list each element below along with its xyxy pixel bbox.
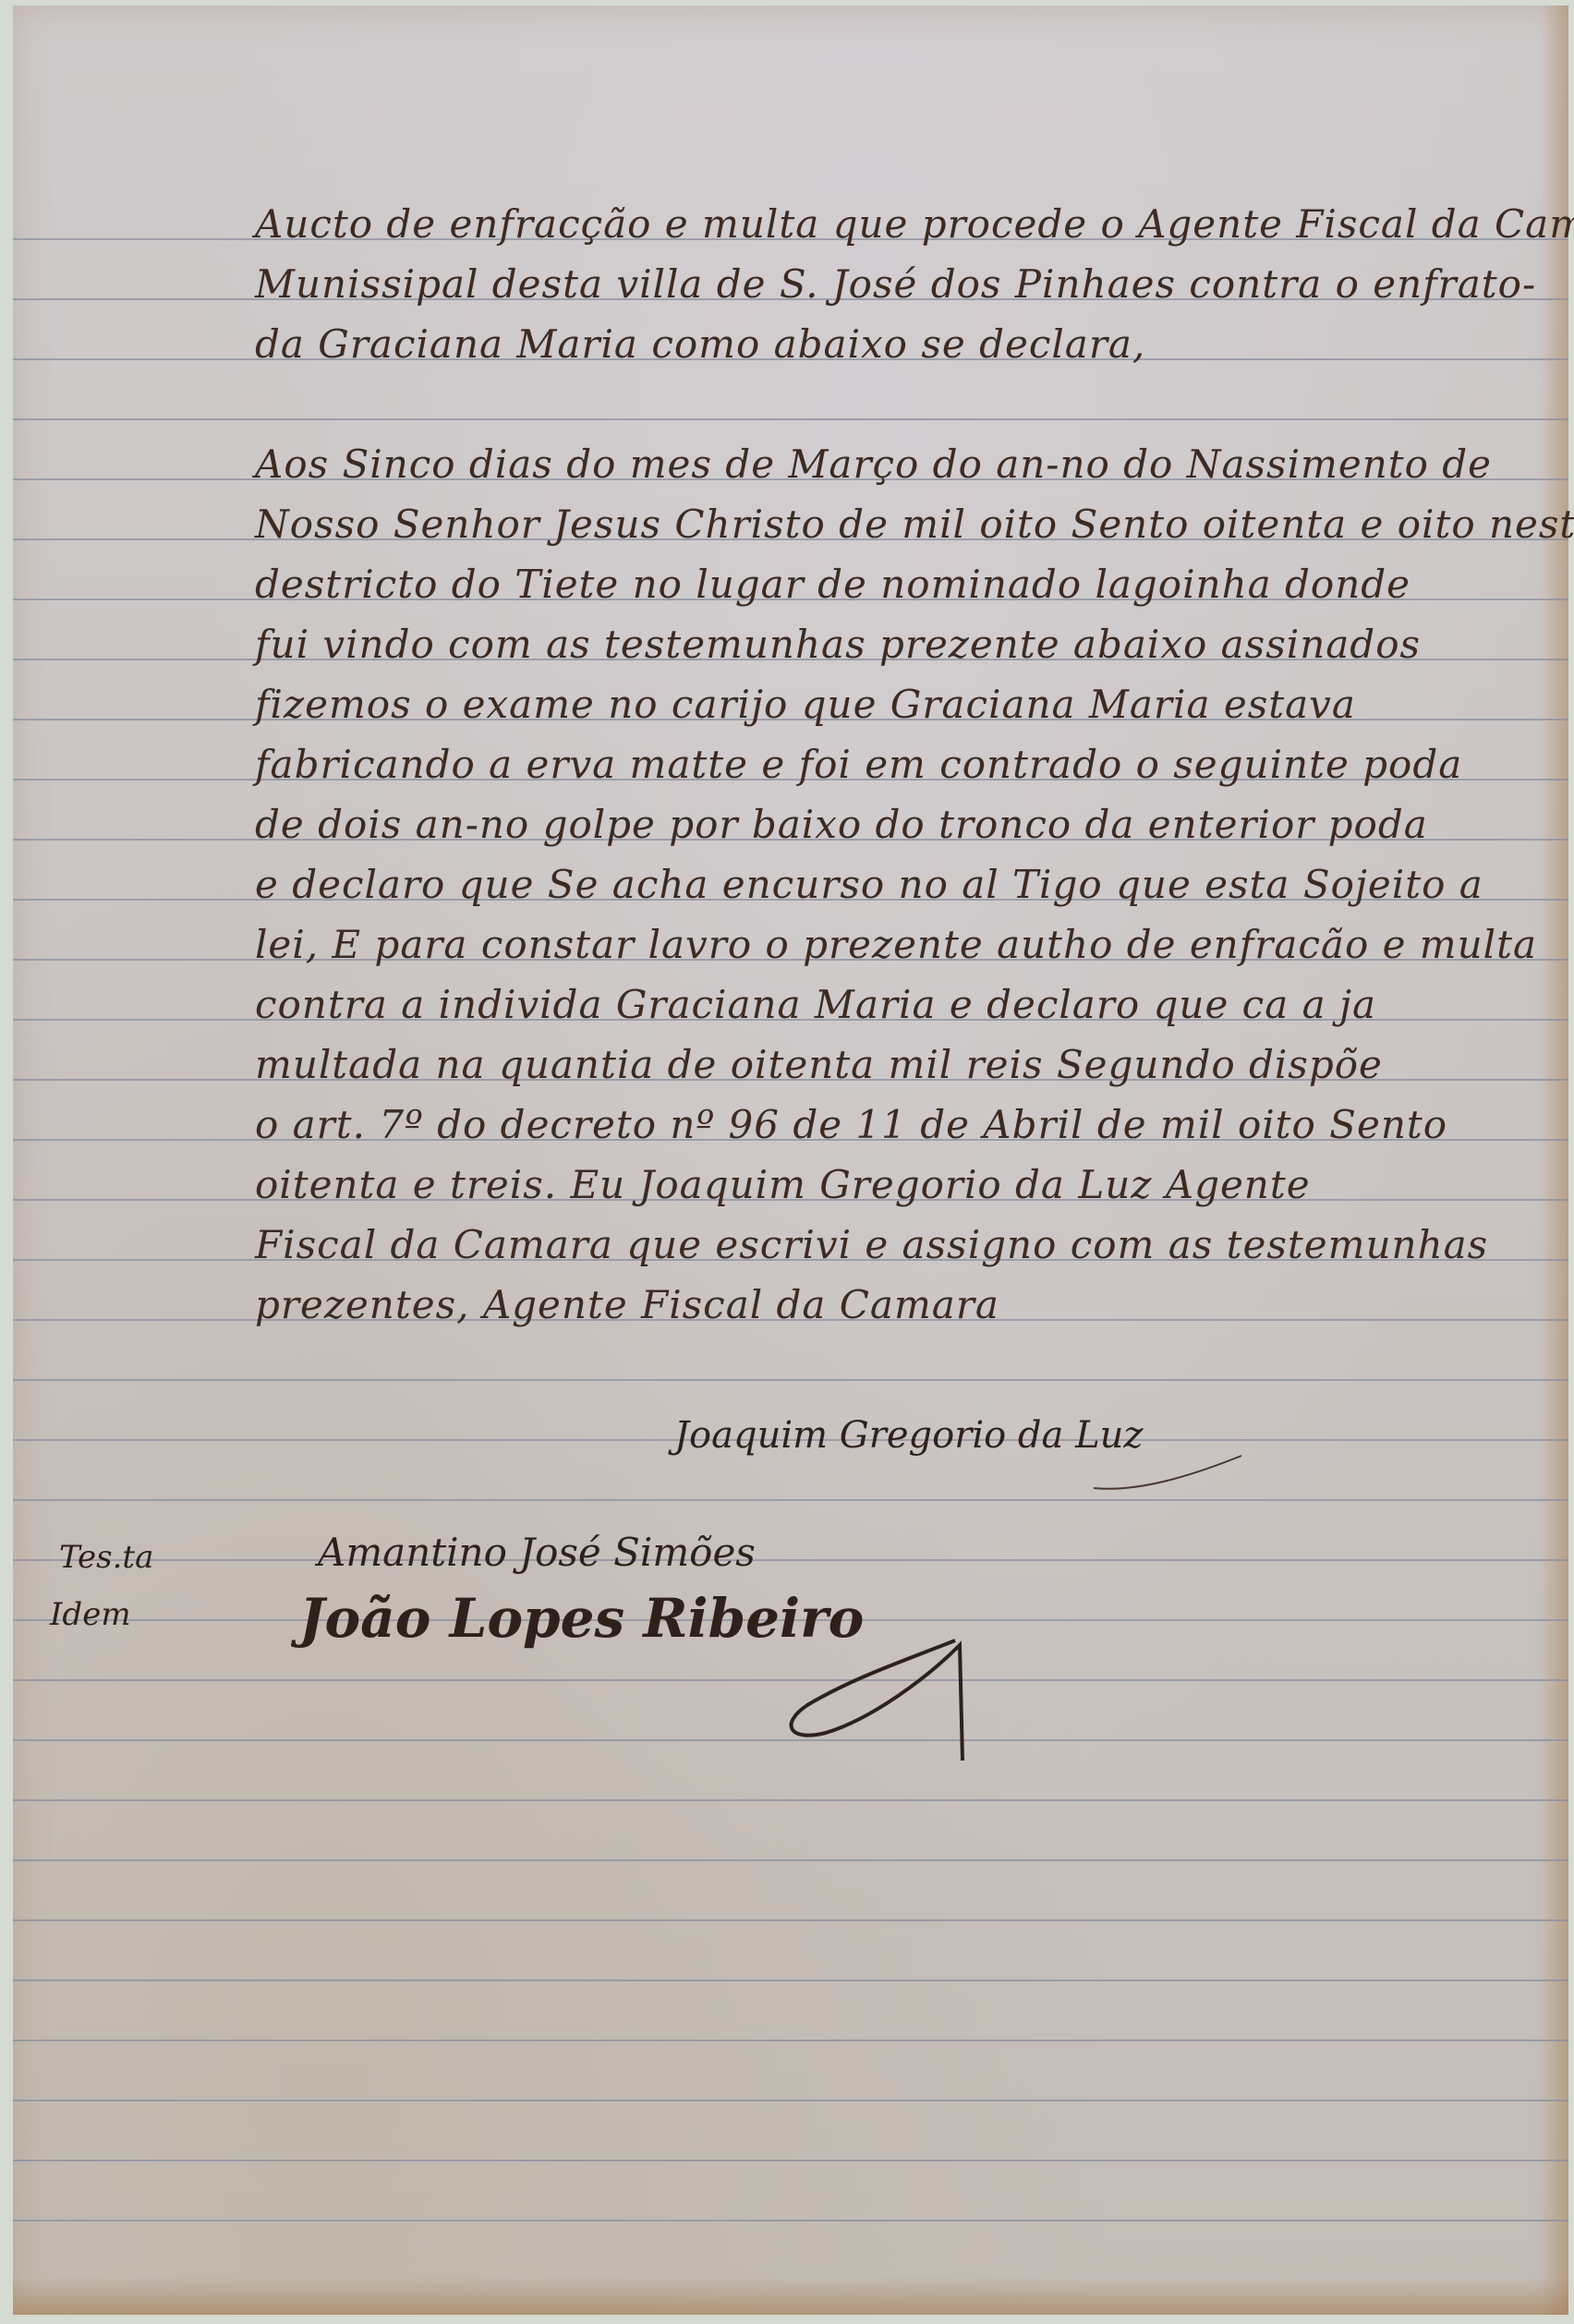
witness-label-idem: Idem bbox=[50, 1596, 131, 1633]
ruled-line bbox=[13, 1499, 1568, 1501]
paper-stain-right bbox=[1541, 6, 1568, 2315]
body-line-9: lei, E para constar lavro o prezente aut… bbox=[255, 922, 1537, 967]
body-line-10: contra a individa Graciana Maria e decla… bbox=[255, 982, 1376, 1027]
agent-signature-flourish bbox=[1084, 1446, 1251, 1502]
body-line-12: o art. 7º do decreto nº 96 de 11 de Abri… bbox=[255, 1102, 1447, 1147]
manuscript-page: Aucto de enfracção e multa que procede o… bbox=[13, 6, 1568, 2315]
body-line-8: e declaro que Se acha encurso no al Tigo… bbox=[255, 862, 1483, 907]
ruled-line bbox=[13, 1919, 1568, 1921]
body-line-7: de dois an-no golpe por baixo do tronco … bbox=[255, 802, 1428, 847]
witness-label-testemunhas: Tes.ta bbox=[59, 1539, 153, 1576]
ruled-line bbox=[13, 1799, 1568, 1801]
body-line-11: multada na quantia de oitenta mil reis S… bbox=[255, 1042, 1383, 1087]
witness-signature-1: Amantino José Simões bbox=[318, 1530, 756, 1575]
ruled-line bbox=[13, 418, 1568, 420]
ruled-line bbox=[13, 2160, 1568, 2161]
heading-line-2: Munissipal desta villa de S. José dos Pi… bbox=[255, 261, 1536, 307]
ruled-line bbox=[13, 1859, 1568, 1861]
paper-stain-bottom bbox=[13, 2278, 1568, 2315]
body-line-6: fabricando a erva matte e foi em contrad… bbox=[255, 742, 1462, 787]
ruled-line bbox=[13, 2100, 1568, 2101]
ruled-line bbox=[13, 2220, 1568, 2221]
body-line-2: Nosso Senhor Jesus Christo de mil oito S… bbox=[255, 502, 1574, 547]
body-line-5: fizemos o exame no carijo que Graciana M… bbox=[255, 682, 1356, 727]
heading-line-3: da Graciana Maria como abaixo se declara… bbox=[255, 321, 1145, 367]
ruled-line bbox=[13, 1979, 1568, 1981]
witness-signature-2-flourish bbox=[770, 1631, 983, 1770]
body-line-15: prezentes, Agente Fiscal da Camara bbox=[255, 1282, 999, 1327]
body-line-13: oitenta e treis. Eu Joaquim Gregorio da … bbox=[255, 1162, 1311, 1207]
ruled-line bbox=[13, 1559, 1568, 1561]
heading-line-1: Aucto de enfracção e multa que procede o… bbox=[255, 201, 1574, 247]
body-line-4: fui vindo com as testemunhas prezente ab… bbox=[255, 622, 1421, 667]
agent-signature: Joaquim Gregorio da Luz bbox=[674, 1414, 1143, 1457]
ruled-line bbox=[13, 1379, 1568, 1381]
body-line-3: destricto do Tiete no lugar de nominado … bbox=[255, 562, 1411, 607]
body-line-14: Fiscal da Camara que escrivi e assigno c… bbox=[255, 1222, 1488, 1267]
body-line-1: Aos Sinco dias do mes de Março do an-no … bbox=[255, 442, 1492, 487]
ruled-line bbox=[13, 2040, 1568, 2041]
